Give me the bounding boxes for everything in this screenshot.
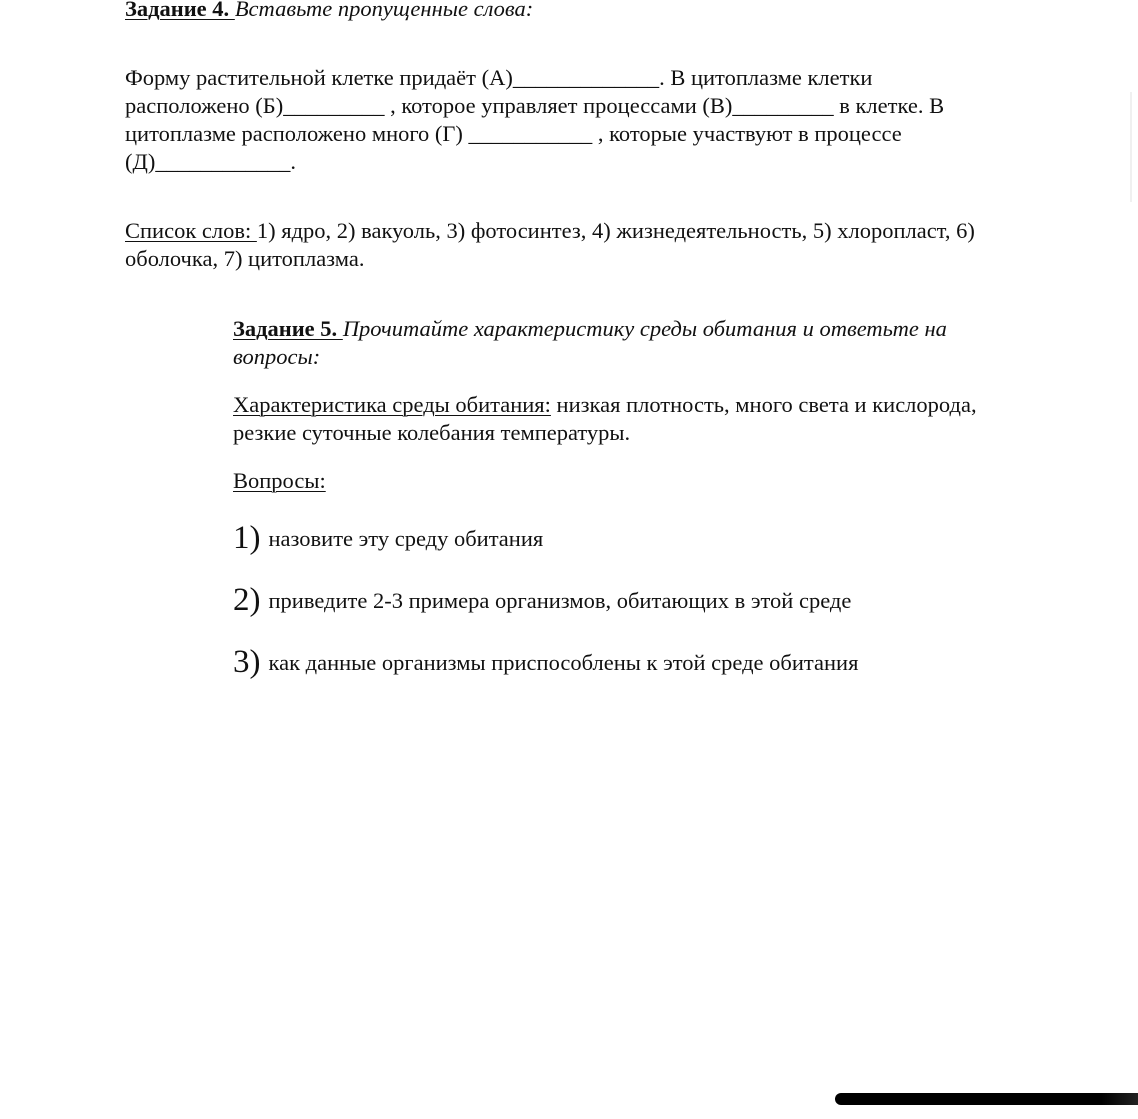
question-text: как данные организмы приспособлены к это… (269, 650, 859, 675)
task5-title-instruction: Прочитайте характеристику среды обитания… (343, 316, 947, 341)
habitat-description-line-2: резкие суточные колебания температуры. (233, 419, 630, 447)
task5-title-bold: Задание 5. (233, 316, 343, 341)
task4-paragraph-line-4: (Д)____________. (125, 148, 296, 176)
habitat-text: низкая плотность, много света и кислород… (551, 392, 977, 417)
question-number: 1) (233, 520, 261, 556)
task4-title-bold: Задание 4. (125, 0, 235, 21)
habitat-label: Характеристика среды обитания: (233, 392, 551, 417)
word-list-label: Список слов: (125, 218, 257, 243)
word-list-line-1: Список слов: 1) ядро, 2) вакуоль, 3) фот… (125, 217, 975, 245)
habitat-description-line-1: Характеристика среды обитания: низкая пл… (233, 391, 977, 419)
question-text: приведите 2-3 примера организмов, обитаю… (269, 588, 852, 613)
word-list-items: 1) ядро, 2) вакуоль, 3) фотосинтез, 4) ж… (257, 218, 975, 243)
question-item: 1)назовите эту среду обитания (233, 524, 543, 553)
task4-paragraph-line-2: расположено (Б)_________ , которое управ… (125, 92, 944, 120)
task4-paragraph-line-1: Форму растительной клетке придаёт (А)___… (125, 64, 872, 92)
questions-label: Вопросы: (233, 467, 326, 495)
task4-heading: Задание 4. Вставьте пропущенные слова: (125, 0, 533, 23)
task5-heading: Задание 5. Прочитайте характеристику сре… (233, 315, 947, 343)
task4-paragraph-line-3: цитоплазме расположено много (Г) _______… (125, 120, 902, 148)
page-edge-divider (1130, 92, 1132, 202)
task4-title-instruction: Вставьте пропущенные слова: (235, 0, 533, 21)
task5-title-instruction-line-2: вопросы: (233, 343, 320, 371)
question-text: назовите эту среду обитания (269, 526, 544, 551)
question-number: 2) (233, 582, 261, 618)
question-item: 2)приведите 2-3 примера организмов, обит… (233, 586, 851, 615)
horizontal-scrollbar[interactable] (835, 1093, 1138, 1105)
question-number: 3) (233, 644, 261, 680)
word-list-line-2: оболочка, 7) цитоплазма. (125, 245, 364, 273)
question-item: 3)как данные организмы приспособлены к э… (233, 648, 858, 677)
